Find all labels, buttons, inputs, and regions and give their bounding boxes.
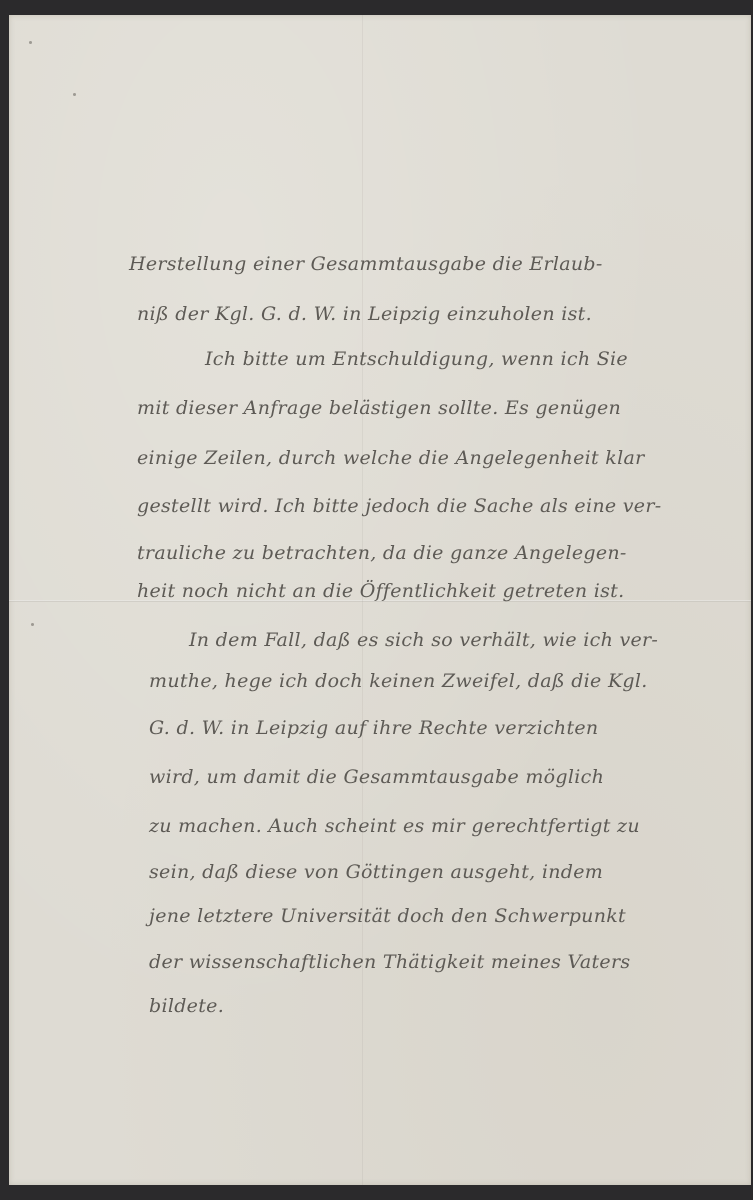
text-line-15: jene letztere Universität doch den Schwe… <box>149 905 626 927</box>
text-line-8: heit noch nicht an die Öffentlichkeit ge… <box>137 580 624 602</box>
text-line-3: Ich bitte um Entschuldigung, wenn ich Si… <box>205 348 628 370</box>
text-line-10: muthe, hege ich doch keinen Zweifel, daß… <box>149 670 648 692</box>
text-line-12: wird, um damit die Gesammtausgabe möglic… <box>149 766 604 788</box>
text-line-1: Herstellung einer Gesammtausgabe die Erl… <box>129 253 689 275</box>
text-line-14: sein, daß diese von Göttingen ausgeht, i… <box>149 861 603 883</box>
text-line-13: zu machen. Auch scheint es mir gerechtfe… <box>149 815 640 837</box>
text-line-5: einige Zeilen, durch welche die Angelege… <box>137 447 644 469</box>
handwritten-text: Herstellung einer Gesammtausgabe die Erl… <box>9 15 751 1185</box>
text-line-11: G. d. W. in Leipzig auf ihre Rechte verz… <box>149 717 598 739</box>
text-line-16: der wissenschaftlichen Thätigkeit meines… <box>149 951 630 973</box>
text-line-2: niß der Kgl. G. d. W. in Leipzig einzuho… <box>137 303 592 325</box>
text-line-17: bildete. <box>149 995 224 1017</box>
text-line-7: trauliche zu betrachten, da die ganze An… <box>137 542 627 564</box>
letter-page: Herstellung einer Gesammtausgabe die Erl… <box>9 15 751 1185</box>
text-line-9: In dem Fall, daß es sich so verhält, wie… <box>189 629 658 651</box>
text-line-4: mit dieser Anfrage belästigen sollte. Es… <box>137 397 621 419</box>
text-line-6: gestellt wird. Ich bitte jedoch die Sach… <box>137 495 661 517</box>
